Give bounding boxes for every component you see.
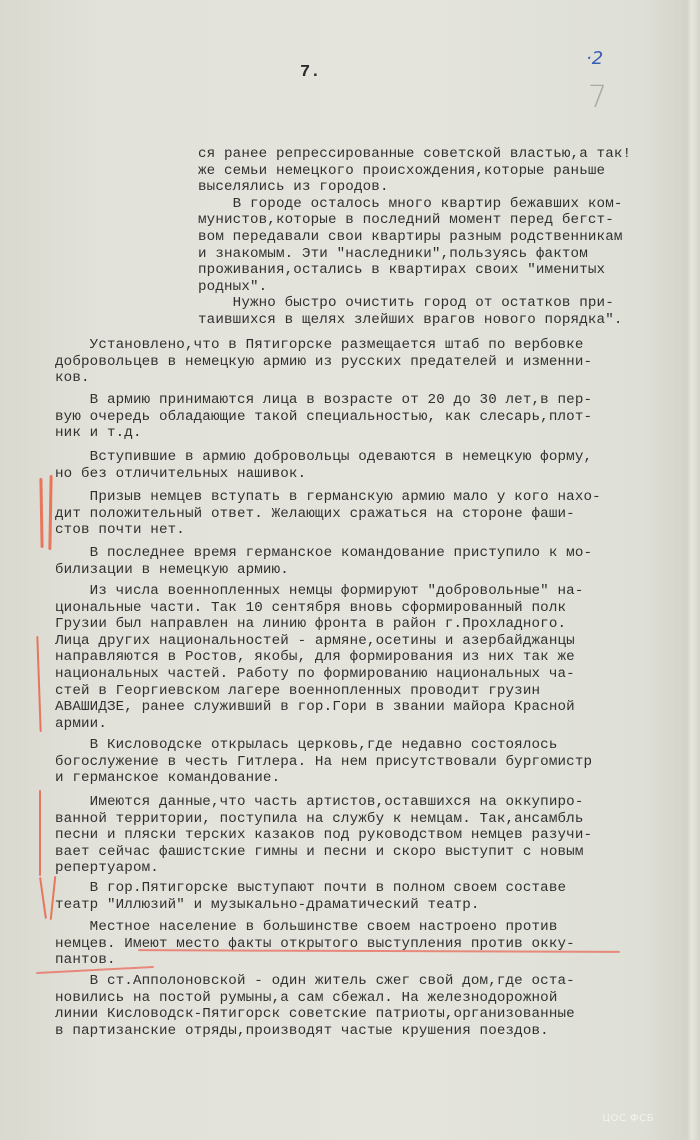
text-line: дит положительный ответ. Желающих сражат… (55, 506, 575, 522)
text-line: вую очередь обладающие такой специальнос… (55, 409, 592, 425)
text-line: мунистов,которые в последний момент пере… (198, 212, 614, 228)
text-line: армии. (55, 716, 107, 732)
text-line: национальных частей. Работу по формирова… (55, 666, 575, 682)
text-line: ков. (55, 370, 90, 386)
watermark: ЦОС ФСБ (602, 1113, 654, 1124)
text-line: песни и пляски терских казаков под руков… (55, 827, 592, 843)
text-line: В армию принимаются лица в возрасте от 2… (55, 392, 592, 408)
margin-mark (39, 478, 43, 548)
document-page: 7. ·2 7 ся ранее репрессированные советс… (0, 0, 700, 1140)
text-line: Местное население в большинстве своем на… (55, 919, 558, 935)
text-line: В Кисловодске открылась церковь,где неда… (55, 737, 558, 753)
margin-mark (48, 475, 52, 550)
text-line: Установлено,что в Пятигорске размещается… (55, 337, 584, 353)
page-number: 7. (300, 63, 320, 82)
text-line: выселялись из городов. (198, 179, 389, 195)
text-line: проживания,остались в квартирах своих "и… (198, 262, 605, 278)
text-line: но без отличительных нашивок. (55, 466, 306, 482)
text-line: же семьи немецкого происхождения,которые… (198, 163, 605, 179)
text-line: пантов. (55, 952, 116, 968)
text-line: В гор.Пятигорске выступают почти в полно… (55, 880, 566, 896)
text-line: Имеются данные,что часть артистов,оставш… (55, 794, 584, 810)
text-line: родных". (198, 279, 267, 295)
text-line: В последнее время германское командовани… (55, 545, 592, 561)
text-line: богослужение в честь Гитлера. На нем при… (55, 754, 592, 770)
text-line: линии Кисловодск-Пятигорск советские пат… (55, 1006, 575, 1022)
margin-mark (36, 636, 41, 732)
margin-mark (39, 790, 41, 876)
text-line: В городе осталось много квартир бежавших… (198, 196, 623, 212)
underline-mark (138, 949, 620, 953)
text-line: в партизанские отряды,производят частые … (55, 1023, 549, 1039)
text-line: Вступившие в армию добровольцы одеваются… (55, 449, 592, 465)
text-line: вает сейчас фашистские гимны и песни и с… (55, 844, 584, 860)
text-line: Нужно быстро очистить город от остатков … (198, 295, 614, 311)
text-line: АВАШИДЗЕ, ранее служивший в гор.Гори в з… (55, 699, 575, 715)
archive-mark-pencil: 7 (588, 80, 607, 115)
text-line: Призыв немцев вступать в германскую арми… (55, 489, 601, 505)
text-line: билизации в немецкую армию. (55, 562, 289, 578)
archive-mark-blue: ·2 (586, 48, 603, 69)
text-line: вом передавали свои квартиры разным родс… (198, 229, 623, 245)
text-line: и знакомым. Эти "наследники",пользуясь ф… (198, 246, 588, 262)
text-line: ник и т.д. (55, 425, 142, 441)
text-line: стей в Георгиевском лагере военнопленных… (55, 683, 540, 699)
text-line: Из числа военнопленных немцы формируют "… (55, 583, 584, 599)
text-line: Лица других национальностей - армяне,осе… (55, 633, 575, 649)
text-line: и германское командование. (55, 770, 280, 786)
text-line: театр "Иллюзий" и музыкально-драматическ… (55, 897, 480, 913)
text-line: репертуаром. (55, 860, 159, 876)
text-line: направляются в Ростов, якобы, для формир… (55, 649, 575, 665)
margin-mark (39, 877, 47, 919)
text-line: добровольцев в немецкую армию из русских… (55, 354, 592, 370)
text-line: новились на постой румыны,а сам сбежал. … (55, 990, 558, 1006)
paper-edge (686, 0, 700, 1140)
text-line: стов почти нет. (55, 522, 185, 538)
text-line: циональные части. Так 10 сентября вновь … (55, 600, 566, 616)
text-line: ванной территории, поступила на службу к… (55, 811, 584, 827)
text-line: В ст.Апполоновской - один житель сжег св… (55, 973, 575, 989)
text-line: Грузии был направлен на линию фронта в р… (55, 616, 566, 632)
text-line: ся ранее репрессированные советской влас… (198, 146, 631, 162)
text-line: таившихся в щелях злейших врагов нового … (198, 312, 623, 328)
